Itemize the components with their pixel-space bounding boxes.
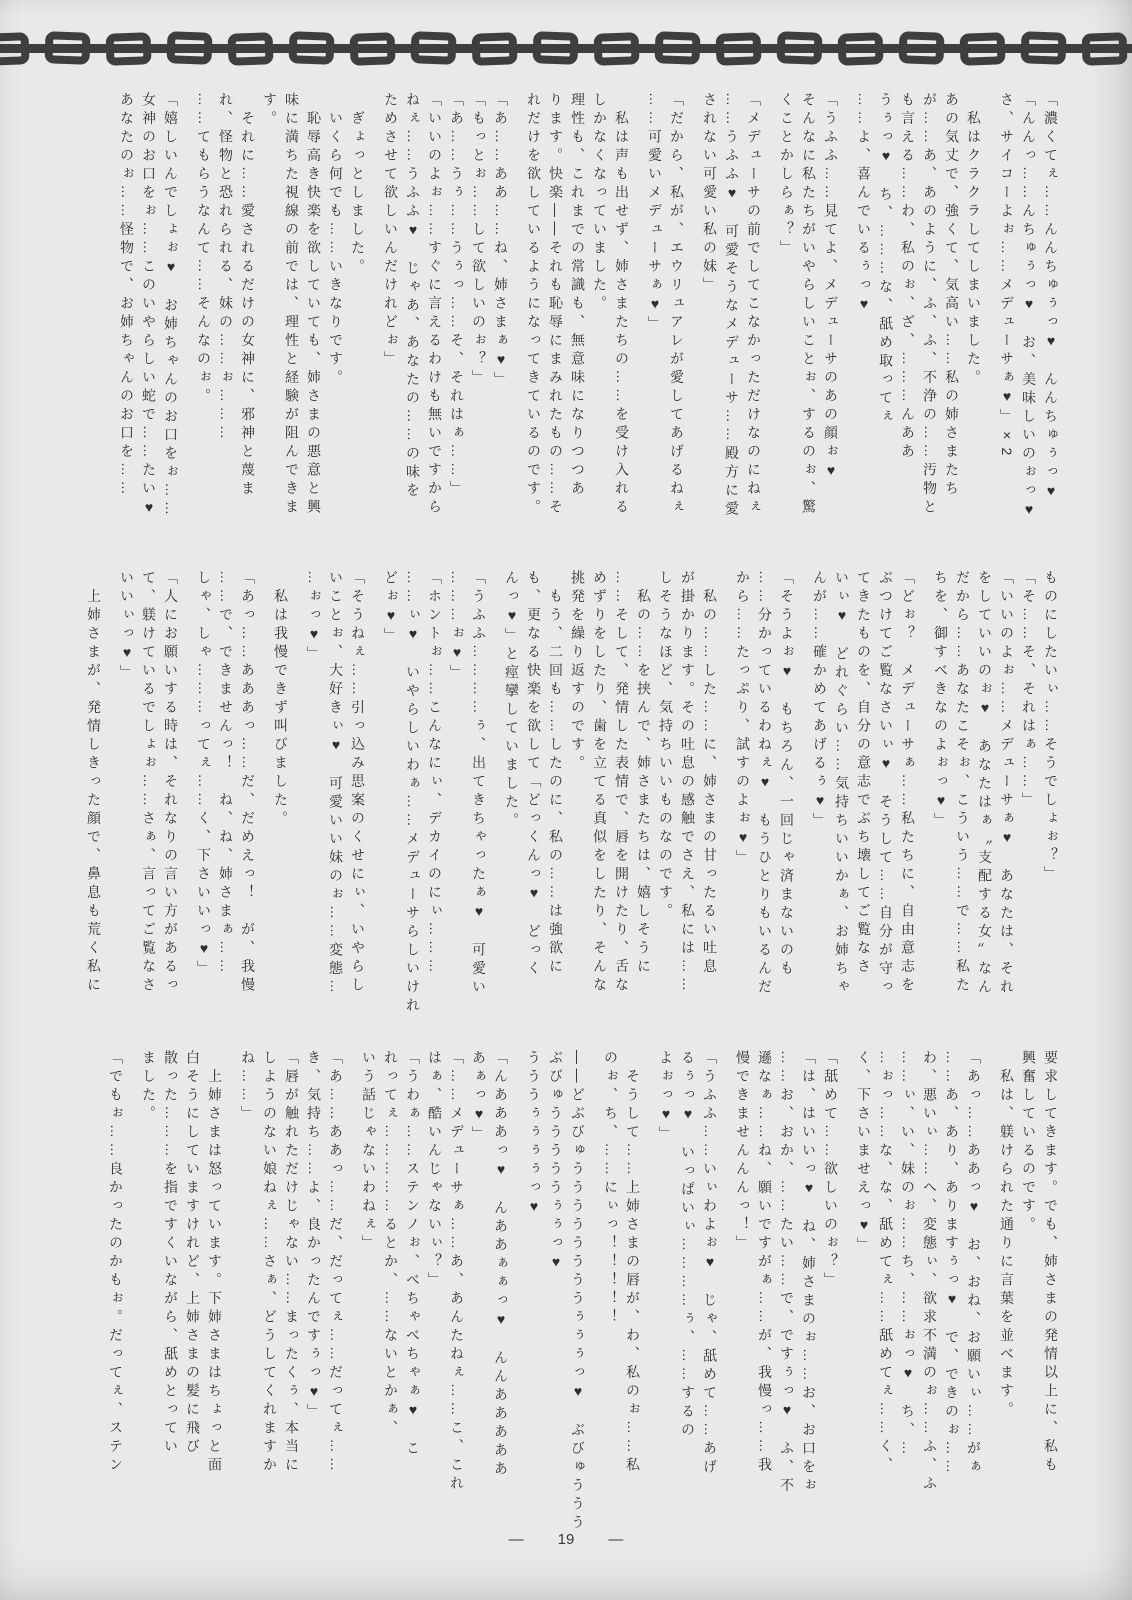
text-column: されない可愛い私の妹」	[703, 92, 717, 564]
text-column: しようのない娘ねぇ……さぁ、どうしてくれますか	[263, 1050, 277, 1532]
text-column: 女神のお口をぉ……このいやらしい蛇で……たい♥	[142, 92, 156, 564]
text-column: く、下さいませえっ♥」	[857, 1050, 871, 1532]
text-column: ぶつけてご覧なさいぃ♥ そうして……自分が守っ	[879, 570, 893, 1044]
text-column: ……分かっているわねぇ♥ もうひとりもいるんだ	[758, 570, 772, 1044]
text-column: 「嬉しいんでしょぉ♥ お姉ちゃんのお口をぉ……	[164, 92, 178, 564]
text-column: ……てもらうなんて……そんなのぉ。	[197, 92, 211, 564]
text-column: いいぃっ♥」	[120, 570, 134, 1044]
text-column: るぅっ♥ いっぱいぃ…………ぅ、……するの	[681, 1050, 695, 1532]
text-column: 私の……を挟んで、姉さまたちは、嬉しそうに	[637, 570, 651, 1044]
text-column: ぶびゅうううううぅぅっ♥	[549, 1050, 563, 1532]
text-band-bottom: 要求してきます。でも、姉さまの発情以上に、私も興奮しているのです。 私は、躾けら…	[109, 1050, 1058, 1532]
page-number: 19	[558, 1531, 575, 1548]
text-column: んが……確かめてあげるぅ♥」	[813, 570, 827, 1044]
text-column: 「そ……そ、それはぁ……」	[1022, 570, 1036, 1044]
text-column: 慢できませんんんっ！」	[736, 1050, 750, 1532]
text-column: 「どぉ？ メデューサぁ……私たちに、自由意志を	[901, 570, 915, 1044]
text-column: あなたのぉ……怪物で、お姉ちゃんのお口を……	[120, 92, 134, 564]
text-column: ……ぃ、い、妹のぉ……ち、……ぉっ♥ ち、…	[901, 1050, 915, 1532]
chain-link	[1020, 31, 1066, 65]
text-column: ちを、御すべきなのよぉっ♥」	[934, 570, 948, 1044]
chain-link	[532, 31, 578, 65]
text-column: 「うふふ…………ぅ、出てきちゃったぁ♥ 可愛い	[472, 570, 486, 1044]
text-column: も言える……わ、私のぉ、ざ、………んああ	[901, 92, 915, 564]
text-column: が……あ、あのように、ふ、ふ、不浄の……汚物と	[923, 92, 937, 564]
text-column: はぁ、酷いんじゃないぃ？」	[428, 1050, 442, 1532]
text-column: 恥辱高き快楽を欲していても、姉さまの悪意と興	[307, 92, 321, 564]
footer-dash-left: —	[509, 1531, 524, 1548]
text-column: いことぉ、大好きぃ♥ 可愛いい妹のぉ……変態…	[329, 570, 343, 1044]
text-column: いぃ♥ どれぐらい……気持ちいいかぁ、お姉ちゃ	[835, 570, 849, 1044]
text-column: 「んんっ……んちゅぅっ♥ お、美味しいのぉっ♥	[1022, 92, 1036, 564]
text-column: れだけを欲しているようになってきているのです。	[527, 92, 541, 564]
text-column: 「あ……うぅ……うぅっ……そ、それはぁ……」	[450, 92, 464, 564]
text-column: ……あ、あり、ありますぅっ♥ で、できのぉ……	[945, 1050, 959, 1532]
text-column: 私は声も出せず、姉さまたちの……を受け入れる	[615, 92, 629, 564]
text-column: そうして……上姉さまの唇が、わ、私のぉ……私	[626, 1050, 640, 1532]
chain-link	[898, 31, 944, 65]
text-column: ります。快楽——それも恥辱にまみれたもの……そ	[549, 92, 563, 564]
text-column: 「人にお願いする時は、それなりの言い方があるっ	[164, 570, 178, 1044]
text-column: 「いいのよぉ……すぐに言えるわけも無いですから	[428, 92, 442, 564]
chain-link	[593, 32, 639, 66]
text-column: 私はクラクラしてしまいました。	[967, 92, 981, 564]
text-column: 白そうにしていますけれど、上姉さまの髪に飛び	[186, 1050, 200, 1532]
text-column: 「唇が触れただけじゃない……まったくぅ、本当に	[285, 1050, 299, 1532]
text-column: が掛かります。その吐息の感触でさえ、私には……	[681, 570, 695, 1044]
text-column: ……うふふ♥ 可愛そうなメデューサ……殿方に愛	[725, 92, 739, 564]
text-column: て、躾けているでしょぉ……さぁ、言ってご覧なさ	[142, 570, 156, 1044]
text-column: いう話じゃないわねぇ」	[362, 1050, 376, 1532]
text-column: 上姉さまは怒っています。下姉さまはちょっと面	[208, 1050, 222, 1532]
text-column: き、気持ち……よ、良かったんですぅっ♥」	[307, 1050, 321, 1532]
text-column: 「濃くてぇ……んんちゅぅっ♥ んんちゅぅっ♥	[1044, 92, 1058, 564]
text-column: あぁっ♥」	[472, 1050, 486, 1532]
text-column: …ぉっ♥」	[307, 570, 321, 1044]
text-column: もう、二回も……したのに、私の……は強欲に	[549, 570, 563, 1044]
text-column: 要求してきます。でも、姉さまの発情以上に、私も	[1044, 1050, 1058, 1532]
chain-link	[837, 32, 883, 66]
text-column: ためさせて欲しいんだけれどぉ」	[384, 92, 398, 564]
chain-link	[0, 32, 30, 66]
text-column: 「でもぉ……良かったのかもぉ。だってぇ、ステン	[109, 1050, 123, 1532]
chain-link	[471, 32, 517, 66]
text-column: 私の……した……に、姉さまの甘ったるい吐息	[703, 570, 717, 1044]
text-column: 挑発を繰り返すのです。	[571, 570, 585, 1044]
text-column: そんなに私たちがいやらしいことぉ、するのぉ、驚	[802, 92, 816, 564]
text-column: れ、怪物と恐れられる、妹の……ぉ………	[219, 92, 233, 564]
text-column: …ぉっ……な、な、舐めてぇ……舐めてぇ……く、	[879, 1050, 893, 1532]
text-column: 「そうねぇ……引っ込み思案のくせにぃ、いやらし	[351, 570, 365, 1044]
text-column: よぉっ♥」	[659, 1050, 673, 1532]
text-column: どぉ♥」	[384, 570, 398, 1044]
text-column: ……で、できませんっ！ ね、ね、姉さまぁ……	[219, 570, 233, 1044]
text-column: うぅっ♥ ち、………な、舐め取ってぇ	[879, 92, 893, 564]
chain-link	[959, 32, 1005, 66]
text-column: しそうなほど、気持ちいいものなのです。	[659, 570, 673, 1044]
text-column: さ、サイコーよぉ……メデューサぁ♥」×2	[1000, 92, 1014, 564]
text-column: んっ♥」と痙攣していました。	[505, 570, 519, 1044]
text-column: 「あっ……ああっ♥ お、おね、お願いぃ……がぁ	[967, 1050, 981, 1532]
text-column: わ、悪いぃ……へ、変態ぃ、欲求不満のぉ……ふ、ふ	[923, 1050, 937, 1532]
text-column: ね……」	[241, 1050, 255, 1532]
text-column: 「ホントぉ……こんなにぃ、デカイのにぃ………	[428, 570, 442, 1044]
text-column: ……よ、喜んでいるぅっ♥	[857, 92, 871, 564]
chain-link	[654, 31, 700, 65]
chain-link	[166, 31, 212, 65]
text-column: 遜なぁ……ね、願いですがぁ……が、我慢っ……我	[758, 1050, 772, 1532]
text-column: 「うふふ……見てよ、メデューサのあの顔ぉ♥	[824, 92, 838, 564]
text-column: あの気丈で、強くて、気高い……私の姉さまたち	[945, 92, 959, 564]
chain-link	[349, 32, 395, 66]
text-column: ……お、おか、……たい……で、ですぅっ♥ ふ、不	[780, 1050, 794, 1532]
text-column: だから……あなたこそぉ、こういう……で……私た	[956, 570, 970, 1044]
text-column: ぎょっとしました。	[351, 92, 365, 564]
chain-link	[410, 31, 456, 65]
text-column: ました。	[142, 1050, 156, 1532]
text-column: ねぇ……うふふ♥ じゃあ、あなたの……の味を	[406, 92, 420, 564]
chain-link	[44, 31, 90, 65]
text-column: れってぇ……………るとか、……ないとかぁ、	[384, 1050, 398, 1532]
text-column: それに……愛されるだけの女神に、邪神と蔑ま	[241, 92, 255, 564]
text-column: をしていいのぉ♥ あなたはぁ〝支配する女〞なん	[978, 570, 992, 1044]
text-column: てきたものを、自分の意志でぶち壊してご覧なさ	[857, 570, 871, 1044]
text-column: 私は我慢できず叫びました。	[274, 570, 288, 1044]
chain-link	[288, 31, 334, 65]
chain-link	[105, 32, 151, 66]
text-column: 「は、はいいっ♥ ね、姉さまのぉ……お、お口をぉ	[802, 1050, 816, 1532]
text-column: 「そうよぉ♥ もちろん、一回じゃ済まないのも	[780, 570, 794, 1044]
text-column: しゃ、しゃ………ってぇ……く、下さいいっ♥」	[197, 570, 211, 1044]
text-column: ……ぃ♥ いやらしいわぁ……メデューサらしいけれ	[406, 570, 420, 1044]
scanned-doujin-text-page: 「濃くてぇ……んんちゅぅっ♥ んんちゅぅっ♥「んんっ……んちゅぅっ♥ お、美味し…	[0, 0, 1132, 1600]
text-column: 「あっ……あああっ……だ、だめえっ！ が、我慢	[241, 570, 255, 1044]
text-column: ——どぶびゅううううううううぅぅぅっ♥ ぶびゅううう	[571, 1050, 585, 1532]
page-number-row: —19—	[0, 1531, 1132, 1548]
text-band-top: 「濃くてぇ……んんちゅぅっ♥ んんちゅぅっ♥「んんっ……んちゅぅっ♥ お、美味し…	[120, 92, 1058, 564]
text-column: 「舐めて……欲しいのぉ？」	[824, 1050, 838, 1532]
text-column: 私は、躾けられた通りに言葉を並べます。	[1000, 1050, 1014, 1532]
text-column: 散った………を指ですくいながら、舐めとってい	[164, 1050, 178, 1532]
chain-link	[776, 31, 822, 65]
text-column: 「うわぁ……ステンノぉ、べちゃべちゃぁ♥ こ	[406, 1050, 420, 1532]
chain-link	[1081, 32, 1127, 66]
text-column: 「……メデューサぁ……あ、あんたねぇ……こ、これ	[450, 1050, 464, 1532]
text-column: 味に満ちた視線の前では、理性と経験が阻んできま	[285, 92, 299, 564]
text-column: しかなくなっていました。	[593, 92, 607, 564]
text-column: す。	[263, 92, 277, 564]
chain-link	[715, 32, 761, 66]
text-column: 「メデューサの前でしてこなかっただけなのにねぇ	[747, 92, 761, 564]
text-column: 「あ……ああ……ね、姉さまぁ♥」	[494, 92, 508, 564]
text-column: 「うふふ……いぃわよぉ♥ じゃ、舐めて……あげ	[703, 1050, 717, 1532]
chain-link	[227, 32, 273, 66]
text-column: から……たっぷり、試すのよぉ♥」	[736, 570, 750, 1044]
text-column: のぉ、ち、……にぃっ！！！！！	[604, 1050, 618, 1532]
text-band-middle: ものにしたいぃ……そうでしょぉ？」「そ……そ、それはぁ……」「いいのよぉ……メデ…	[87, 570, 1058, 1044]
text-column: も、更なる快楽を欲して「どっくんっ♥ どっく	[527, 570, 541, 1044]
text-column: 「もっとぉ……して欲しいのぉ？」	[472, 92, 486, 564]
text-column: くことかしらぁ？」	[780, 92, 794, 564]
chain-border	[0, 24, 1132, 72]
text-column: 興奮しているのです。	[1022, 1050, 1036, 1532]
text-column: いくら何でも……いきなりです。	[329, 92, 343, 564]
text-column: 「んあああっ♥ んああぁぁっ♥ んんあああああ	[494, 1050, 508, 1532]
text-column: ものにしたいぃ……そうでしょぉ？」	[1044, 570, 1058, 1044]
text-column: 理性も、これまでの常識も、無意味になりつつあ	[571, 92, 585, 564]
text-column: 「だから、私が、エウリュアレが愛してあげるねぇ	[670, 92, 684, 564]
text-column: 「いいのよぉ……メデューサぁ♥ あなたは、それ	[1000, 570, 1014, 1044]
text-column: 「あ……ああっ……だ、だってぇ……だってぇ……	[329, 1050, 343, 1532]
text-column: 上姉さまが、発情しきった顔で、鼻息も荒く私に	[87, 570, 101, 1044]
text-column: ……可愛いメデューサぁ♥」	[648, 92, 662, 564]
text-column: ………ぉ♥」	[450, 570, 464, 1044]
text-column: うううぅぅぅぅっ♥	[527, 1050, 541, 1532]
footer-dash-right: —	[608, 1531, 623, 1548]
text-column: めずりをしたり、歯を立てる真似をしたり、そんな	[593, 570, 607, 1044]
text-column: ……そして、発情した表情で、唇を開けたり、舌な	[615, 570, 629, 1044]
